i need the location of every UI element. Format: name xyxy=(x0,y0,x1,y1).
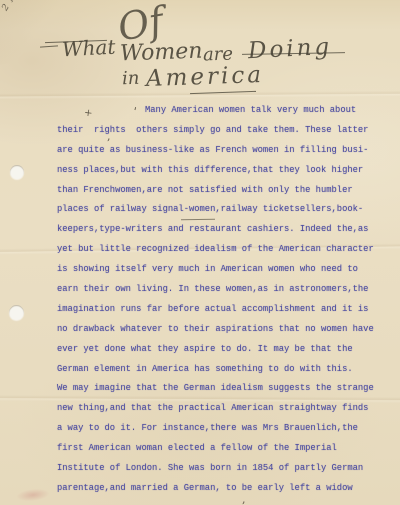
corner-annotation: Standard 2 Mar xyxy=(0,0,36,13)
typed-line: Many American women talk very much about xyxy=(57,101,387,121)
typed-line: places of railway signal-women,railway t… xyxy=(57,200,387,220)
typed-line: are quite as business-like as French wom… xyxy=(57,141,387,161)
typed-body: Many American women talk very much about… xyxy=(57,101,387,499)
typed-line: is showing itself very much in American … xyxy=(57,260,387,280)
title-word-america: America xyxy=(146,62,265,92)
pencil-strike-prefix xyxy=(40,45,58,47)
typed-line: than Frenchwomen,are not satisfied with … xyxy=(57,181,387,201)
punch-hole-top xyxy=(10,165,24,179)
typed-line: We may imagine that the German idealism … xyxy=(57,379,387,399)
typed-line: yet but little recognized idealism of th… xyxy=(57,240,387,260)
typed-line: imagination runs far before actual accom… xyxy=(57,300,387,320)
typed-line: new thing,and that the practical America… xyxy=(57,399,387,419)
typed-line: earn their own living. In these women,as… xyxy=(57,280,387,300)
title-word-women: Women xyxy=(120,39,203,67)
pencil-underline-america xyxy=(190,91,256,94)
typed-line: their rights others simply go and take t… xyxy=(57,121,387,141)
typed-line: keepers,type-writers and restaurant cash… xyxy=(57,220,387,240)
title-word-in: in xyxy=(122,68,140,90)
typed-line: Institute of London. She was born in 185… xyxy=(57,459,387,479)
manuscript-page: Standard 2 Mar What Of Women are Doing i… xyxy=(0,0,400,505)
typed-line: first American woman elected a fellow of… xyxy=(57,439,387,459)
ink-smudge xyxy=(15,487,50,502)
typed-line: ever yet done what they aspire to do. It… xyxy=(57,340,387,360)
typed-line: parentage,and married a German, to be ea… xyxy=(57,479,387,499)
typed-line: no drawback whatever to their aspiration… xyxy=(57,320,387,340)
title-word-what: What xyxy=(61,35,116,62)
typed-line: a way to do it. For instance,there was M… xyxy=(57,419,387,439)
typed-line: ness places,but with this difference,tha… xyxy=(57,161,387,181)
fold-crease xyxy=(0,91,400,100)
title-word-doing: Doing xyxy=(247,34,332,64)
punch-hole-bottom xyxy=(9,305,24,320)
corner-annotation-line2: 2 Mar xyxy=(0,0,36,13)
typed-line: German element in America has something … xyxy=(57,360,387,380)
